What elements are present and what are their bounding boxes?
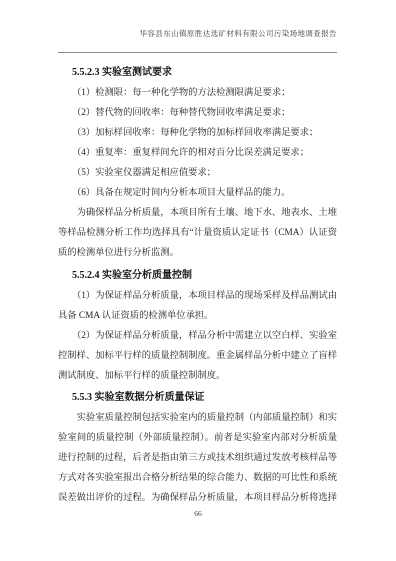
paragraph-lab-qc-overview: 实验室质量控制包括实验室内的质量控制（内部质量控制）和实验室间的质量控制（外部质…: [58, 408, 337, 508]
list-item-4: （4）重复率：重复样间允许的相对百分比误差满足要求；: [58, 143, 337, 163]
page-number: 66: [0, 509, 396, 518]
document-page: 华容县东山镇原胜达选矿材料有限公司污染场地调查报告 5.5.2.3 实验室测试要…: [0, 0, 396, 561]
list-item-3: （3）加标样回收率：每种化学物的加标样回收率满足要求；: [58, 123, 337, 143]
section-heading-lab-analysis-qc: 5.5.2.4 实验室分析质量控制: [58, 266, 337, 286]
page-content: 5.5.2.3 实验室测试要求 （1）检测限：每一种化学物的方法检测限满足要求；…: [58, 54, 337, 508]
header-rule: [58, 52, 337, 53]
list-item-6: （6）具备在规定时间内分析本项目大量样品的能力。: [58, 183, 337, 203]
section-heading-lab-test-requirements: 5.5.2.3 实验室测试要求: [58, 63, 337, 83]
paragraph-qc-1: （1）为保证样品分析质量，本项目样品的现场采样及样品测试由具备 CMA 认证资质…: [58, 286, 337, 326]
running-header: 华容县东山镇原胜达选矿材料有限公司污染场地调查报告: [58, 28, 337, 39]
paragraph-cma-certification: 为确保样品分析质量，本项目所有土壤、地下水、地表水、土堆等样品检测分析工作均选择…: [58, 203, 337, 263]
list-item-2: （2）替代物的回收率：每种替代物回收率满足要求；: [58, 103, 337, 123]
list-item-5: （5）实验室仪器满足相应值要求；: [58, 163, 337, 183]
list-item-1: （1）检测限：每一种化学物的方法检测限满足要求；: [58, 83, 337, 103]
paragraph-qc-2: （2）为保证样品分析质量，样品分析中需建立以空白样、实验室控制样、加标平行样的质…: [58, 326, 337, 386]
section-heading-lab-data-qa: 5.5.3 实验室数据分析质量保证: [58, 388, 337, 408]
